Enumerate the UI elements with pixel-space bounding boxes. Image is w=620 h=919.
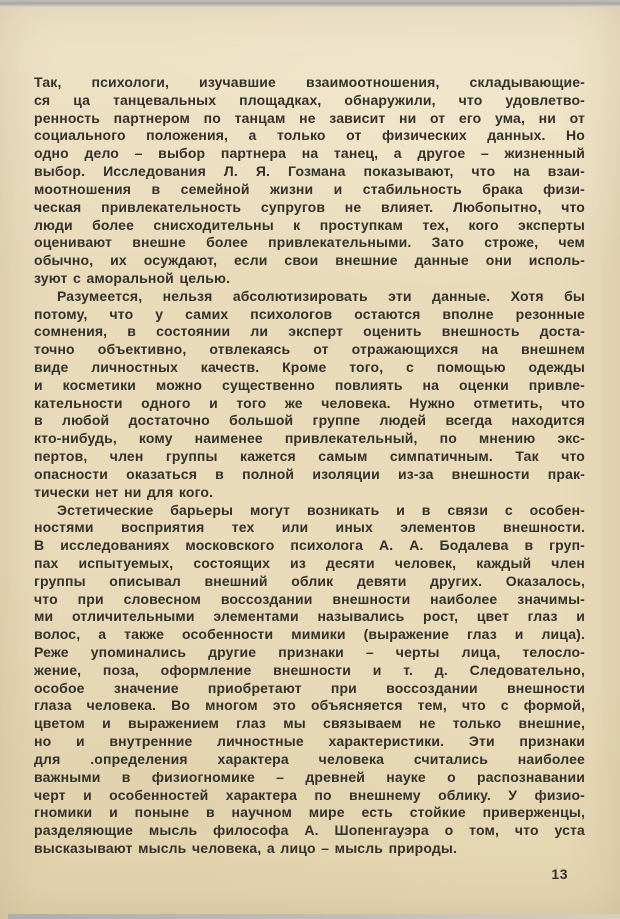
text-line: точно объективно, отвлекаясь от отражающ… bbox=[34, 341, 585, 359]
text-line: гномики и поныне в научном мире есть сто… bbox=[34, 804, 585, 822]
text-line: оценивают внешне более привлекательными.… bbox=[34, 234, 585, 252]
text-line: тически нет ни для кого. bbox=[34, 484, 585, 502]
text-line: ностями восприятия тех или иных элементо… bbox=[34, 519, 585, 537]
text-line: Так, психологи, изучавшие взаимоотношени… bbox=[34, 74, 585, 92]
text-line: пертов, член группы кажется самым симпат… bbox=[34, 448, 585, 466]
text-line: разделяющие мысль философа А. Шопенгауэр… bbox=[34, 822, 585, 840]
text-line: Разумеется, нельзя абсолютизировать эти … bbox=[34, 288, 585, 306]
text-line: черт и особенностей характера по внешнем… bbox=[34, 787, 585, 805]
page-number: 13 bbox=[551, 866, 568, 882]
text-line: ренность партнером по танцам не зависит … bbox=[34, 110, 585, 128]
page-text: Так, психологи, изучавшие взаимоотношени… bbox=[34, 74, 585, 858]
text-line: жение, поза, оформление внешности и т. д… bbox=[34, 662, 585, 680]
text-line: опасности оказаться в полной изоляции из… bbox=[34, 466, 585, 484]
text-line: ческая привлекательность супругов не вли… bbox=[34, 199, 585, 217]
text-line: что при словесном воссоздании внешности … bbox=[34, 591, 585, 609]
text-line: группы описывал внешний облик девяти дру… bbox=[34, 573, 585, 591]
scan-edge-bottom bbox=[8, 914, 620, 919]
text-line: виде личностных качеств. Кроме того, с п… bbox=[34, 359, 585, 377]
text-line: для .определения характера человека счит… bbox=[34, 751, 585, 769]
text-line: потому, что у самих психологов остаются … bbox=[34, 306, 585, 324]
text-line: зуют с аморальной целью. bbox=[34, 270, 585, 288]
text-line: В исследованиях московского психолога А.… bbox=[34, 537, 585, 555]
scan-edge-top bbox=[0, 0, 620, 7]
text-line: кто-нибудь, кому наименее привлекательны… bbox=[34, 430, 585, 448]
text-line: высказывают мысль человека, а лицо – мыс… bbox=[34, 840, 585, 858]
text-line: в любой достаточно большой группе людей … bbox=[34, 412, 585, 430]
text-line: и косметики можно существенно повлиять н… bbox=[34, 377, 585, 395]
text-line: важными в физиогномике – древней науке о… bbox=[34, 769, 585, 787]
text-line: цветом и выражением глаз мы связываем не… bbox=[34, 715, 585, 733]
text-line: глаза человека. Во многом это объясняетс… bbox=[34, 697, 585, 715]
text-line: Эстетические барьеры могут возникать и в… bbox=[34, 502, 585, 520]
text-line: ся ца танцевальных площадках, обнаружили… bbox=[34, 92, 585, 110]
text-line: социального положения, а только от физич… bbox=[34, 127, 585, 145]
text-line: ми отличительными элементами назывались … bbox=[34, 608, 585, 626]
text-line: Реже упоминались другие признаки – черты… bbox=[34, 644, 585, 662]
text-line: пах испытуемых, состоящих из десяти чело… bbox=[34, 555, 585, 573]
text-line: обычно, их осуждают, если свои внешние д… bbox=[34, 252, 585, 270]
text-line: волос, а также особенности мимики (выраж… bbox=[34, 626, 585, 644]
text-line: но и внутренние личностные характеристик… bbox=[34, 733, 585, 751]
text-line: одно дело – выбор партнера на танец, а д… bbox=[34, 145, 585, 163]
text-line: кательности одного и того же человека. Н… bbox=[34, 395, 585, 413]
text-line: сомнения, в состоянии ли эксперт оценить… bbox=[34, 323, 585, 341]
text-line: моотношения в семейной жизни и стабильно… bbox=[34, 181, 585, 199]
text-line: выбор. Исследования Л. Я. Гозмана показы… bbox=[34, 163, 585, 181]
text-line: люди более снисходительны к проступкам т… bbox=[34, 217, 585, 235]
text-line: особое значение приобретают при воссозда… bbox=[34, 680, 585, 698]
scanned-book-page: Так, психологи, изучавшие взаимоотношени… bbox=[0, 0, 620, 919]
